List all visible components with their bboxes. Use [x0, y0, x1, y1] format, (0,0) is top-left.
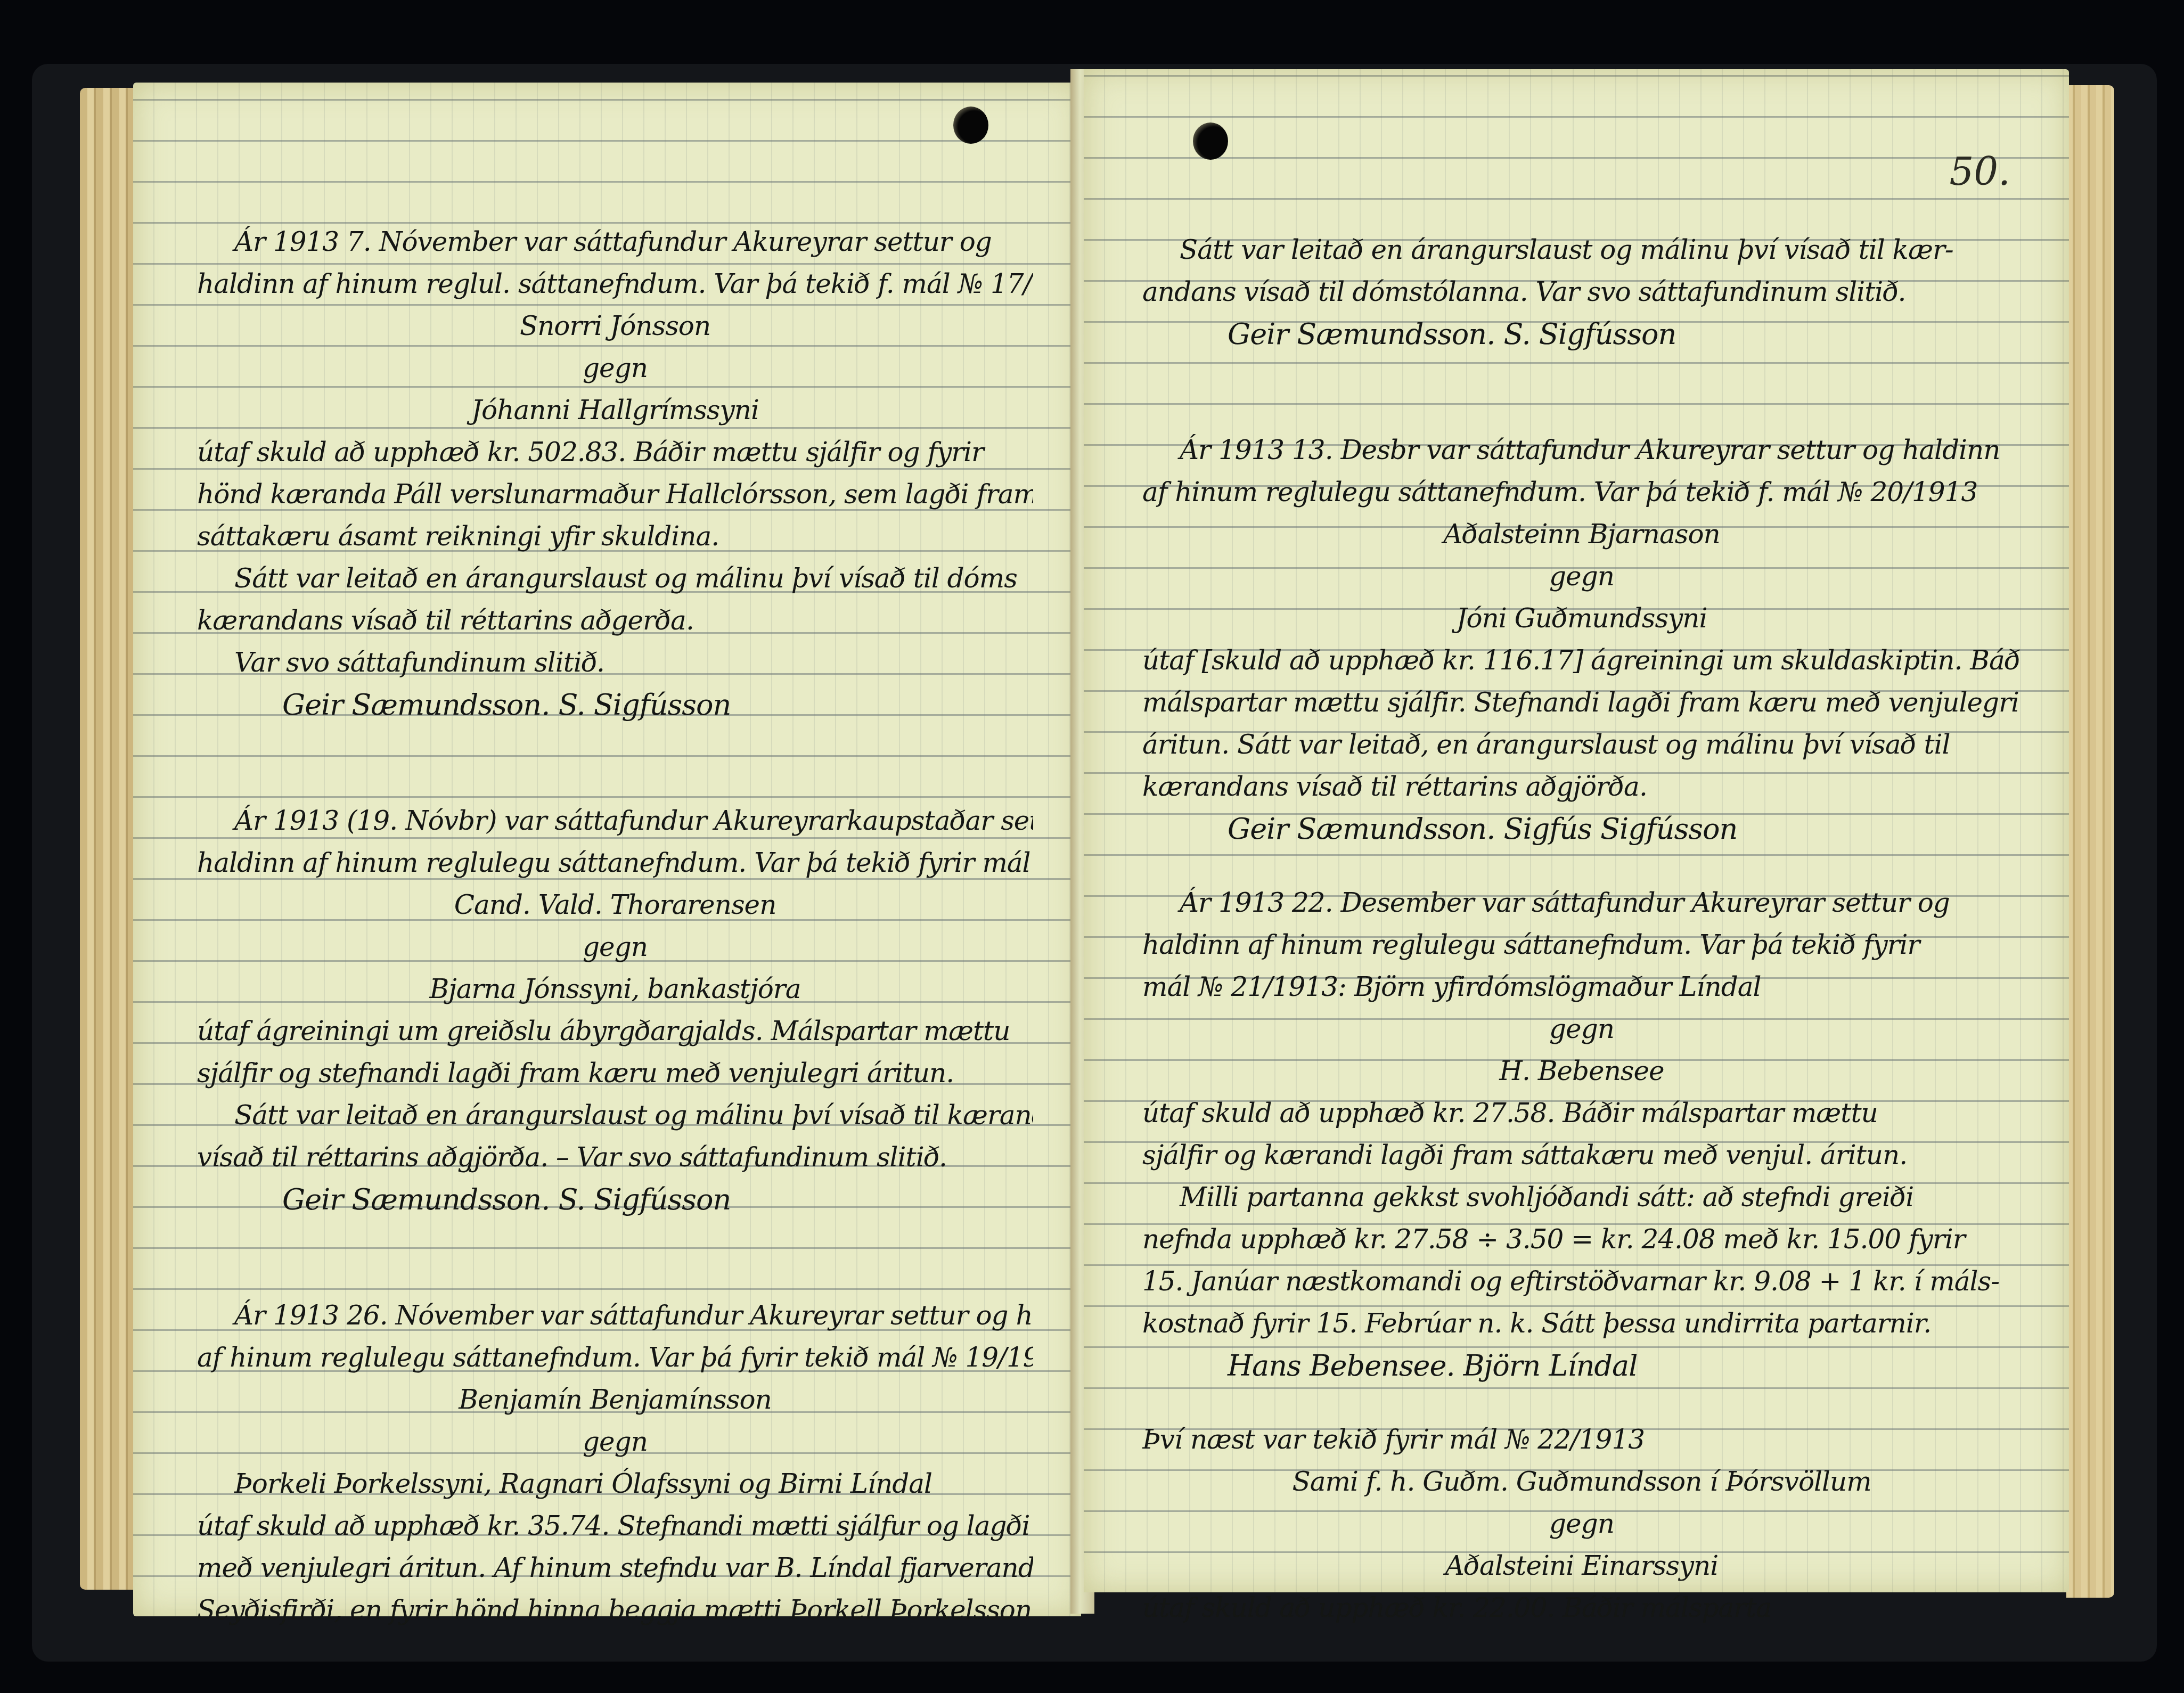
versus-label: gegn [1142, 1503, 2021, 1545]
signatures: Geir Sæmundsson. Sigfús Sigfússon [1142, 808, 2021, 850]
entry-heading: Ár 1913 7. Nóvember var sáttafundur Akur… [197, 221, 1033, 263]
left-page-entries: Ár 1913 7. Nóvember var sáttafundur Akur… [197, 221, 1033, 1663]
settlement-terms: nefnda upphæð kr. 27.58 ÷ 3.50 = kr. 24.… [1142, 1218, 2021, 1261]
defendant-name: Bjarna Jónssyni, bankastjóra [197, 968, 1033, 1010]
entry-case-22: Því næst var tekið fyrir mál № 22/1913 S… [1142, 1419, 2021, 1629]
entry-line: málspartar mættu sjálfir. Stefnandi lagð… [1142, 682, 2021, 724]
right-page-entries: Sátt var leitað en árangurslaust og máli… [1142, 229, 2021, 1661]
settlement-terms: 15. Janúar næstkomandi og eftirstöðvarna… [1142, 1261, 2021, 1303]
entry-heading: Því næst var tekið fyrir mál № 22/1913 [1142, 1419, 2021, 1461]
settlement-terms: Milli partanna gekkst svohljóðandi sátt:… [1142, 1176, 2021, 1218]
punch-hole-right [1193, 122, 1228, 160]
plaintiff-name: Snorri Jónsson [197, 305, 1033, 347]
entry-line: kærandans vísað til réttarins aðgerða. [197, 600, 1033, 642]
entry-line-with-strikethrough: útaf [skuld að upphæð kr. 116.17] ágrein… [1142, 640, 2021, 682]
page-edges-right [2066, 85, 2114, 1598]
entry-heading: Ár 1913 13. Desbr var sáttafundur Akurey… [1142, 429, 2021, 471]
entry-line: Sátt var leitað en árangurslaust og máli… [197, 1094, 1033, 1136]
versus-label: gegn [197, 926, 1033, 968]
entry-case-18: Ár 1913 (19. Nóvbr) var sáttafundur Akur… [197, 800, 1033, 1221]
entry-line: útaf skuld að upphæð kr. 22.00. Báðir má… [1142, 1587, 2021, 1629]
settlement-terms: kostnað fyrir 15. Febrúar n. k. Sátt þes… [1142, 1303, 2021, 1345]
versus-label: gegn [197, 347, 1033, 389]
right-page: 50. Sátt var leitað en árangurslaust og … [1084, 69, 2069, 1592]
defendant-name: H. Bebensee [1142, 1050, 2021, 1092]
entry-line: Var svo sáttafundinum slitið. [197, 642, 1033, 684]
entry-line: haldinn af hinum reglul. sáttanefndum. V… [197, 263, 1033, 305]
signatures: Geir Sæmundsson. S. Sigfússon [1142, 313, 2021, 355]
entry-line: haldinn af hinum reglulegu sáttanefndum.… [1142, 924, 2021, 966]
entry-line: kærandans vísað til réttarins aðgjörða. [1142, 766, 2021, 808]
entry-line: Seyðisfirði, en fyrir hönd hinna beggja … [197, 1589, 1033, 1631]
entry-line: haldinn af hinum reglulegu sáttanefndum.… [197, 842, 1033, 884]
versus-label: gegn [1142, 555, 2021, 598]
entry-line: mál № 21/1913: Björn yfirdómslögmaður Lí… [1142, 966, 2021, 1008]
entry-line: útaf skuld að upphæð kr. 35.74. Stefnand… [197, 1505, 1033, 1547]
versus-label: gegn [1142, 1008, 2021, 1050]
versus-label: gegn [197, 1421, 1033, 1463]
signatures: Geir Sæmundsson. S. Sigfússon [197, 1179, 1033, 1221]
entry-line: sjálfir og kærandi lagði fram sáttakæru … [1142, 1134, 2021, 1176]
entry-line: af hinum reglulegu sáttanefndum. Var þá … [1142, 471, 2021, 513]
defendant-name: Jóhanni Hallgrímssyni [197, 389, 1033, 431]
defendant-name: Jóni Guðmundssyni [1142, 598, 2021, 640]
entry-line: Sátt var leitað en árangurslaust og máli… [197, 558, 1033, 600]
left-page: Ár 1913 7. Nóvember var sáttafundur Akur… [133, 83, 1081, 1616]
entry-line: andans vísað til dómstólanna. Var svo sá… [1142, 271, 2021, 313]
entry-line: sjálfir og stefnandi lagði fram kæru með… [197, 1052, 1033, 1094]
entry-line: sáttakæru ásamt reikningi yfir skuldina. [197, 516, 1033, 558]
entry-case-19: Ár 1913 26. Nóvember var sáttafundur Aku… [197, 1295, 1033, 1631]
entry-line: með venjulegri áritun. Af hinum stefndu … [197, 1547, 1033, 1589]
page-number: 50. [1949, 149, 2010, 194]
entry-line: áritun. Sátt var leitað, en árangurslaus… [1142, 724, 2021, 766]
defendant-name: Aðalsteini Einarssyni [1142, 1545, 2021, 1587]
entry-heading: Ár 1913 22. Desember var sáttafundur Aku… [1142, 882, 2021, 924]
plaintiff-name: Aðalsteinn Bjarnason [1142, 513, 2021, 555]
entry-case-20: Ár 1913 13. Desbr var sáttafundur Akurey… [1142, 429, 2021, 850]
entry-line: útaf ágreiningi um greiðslu ábyrgðargjal… [197, 1010, 1033, 1052]
page-edges-left [80, 88, 138, 1590]
defendant-names: Þorkeli Þorkelssyni, Ragnari Ólafssyni o… [197, 1463, 1033, 1505]
plaintiff-name: Sami f. h. Guðm. Guðmundsson í Þórsvöllu… [1142, 1461, 2021, 1503]
entry-line: af hinum reglulegu sáttanefndum. Var þá … [197, 1337, 1033, 1379]
entry-heading: Ár 1913 (19. Nóvbr) var sáttafundur Akur… [197, 800, 1033, 842]
entry-line: útaf skuld að upphæð kr. 502.83. Báðir m… [197, 431, 1033, 473]
signatures: Geir Sæmundsson. S. Sigfússon [197, 684, 1033, 726]
signatures: Hans Bebensee. Björn Líndal [1142, 1345, 2021, 1387]
plaintiff-name: Cand. Vald. Thorarensen [197, 884, 1033, 926]
entry-case-21: Ár 1913 22. Desember var sáttafundur Aku… [1142, 882, 2021, 1387]
entry-line: útaf skuld að upphæð kr. 27.58. Báðir má… [1142, 1092, 2021, 1134]
entry-case-19-continued: Sátt var leitað en árangurslaust og máli… [1142, 229, 2021, 355]
entry-line: Sátt var leitað en árangurslaust og máli… [1142, 229, 2021, 271]
entry-line: vísað til réttarins aðgjörða. – Var svo … [197, 1136, 1033, 1179]
entry-case-17: Ár 1913 7. Nóvember var sáttafundur Akur… [197, 221, 1033, 726]
entry-line: hönd kæranda Páll verslunarmaður Hallcló… [197, 473, 1033, 516]
punch-hole-left [953, 107, 988, 144]
entry-heading: Ár 1913 26. Nóvember var sáttafundur Aku… [197, 1295, 1033, 1337]
plaintiff-name: Benjamín Benjamínsson [197, 1379, 1033, 1421]
